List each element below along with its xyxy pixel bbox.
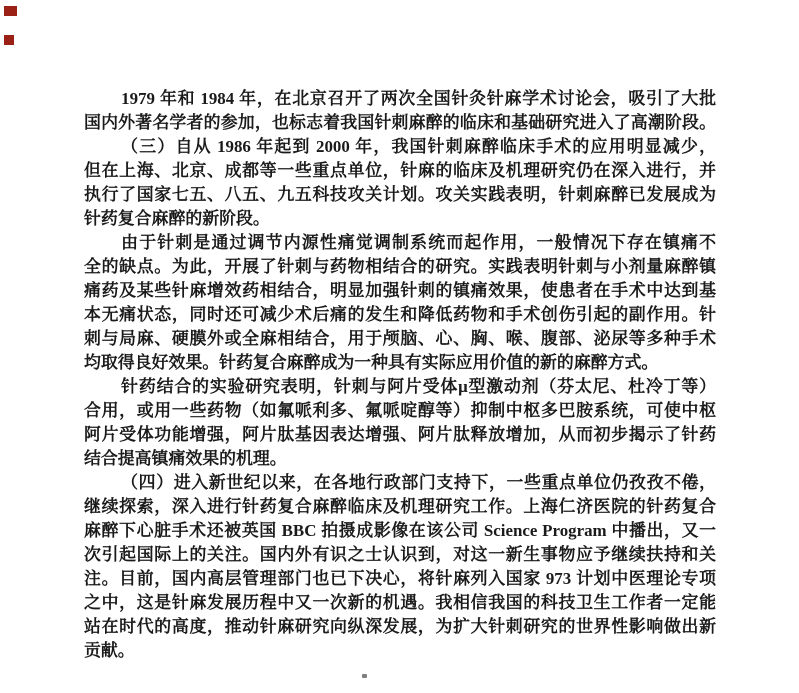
text-line: 由于针刺是通过调节内源性痛觉调制系统而起作用，一般情况下存在镇痛不 [84,231,716,255]
text-line: 合用，或用一些药物（如氟哌利多、氟哌啶醇等）抑制中枢多巴胺系统，可使中枢 [84,399,716,423]
text-line: （四）进入新世纪以来，在各地行政部门支持下，一些重点单位仍孜孜不倦， [84,471,716,495]
scan-speck-artifact [362,674,367,678]
text-line: 贡献。 [84,639,716,663]
red-stamp-mark-top [4,6,17,16]
text-line: 麻醉下心脏手术还被英国 BBC 拍摄成影像在该公司 Science Progra… [84,519,716,543]
text-line: 痛药及某些针麻增效药相结合，明显加强针刺的镇痛效果，使患者在手术中达到基 [84,279,716,303]
text-line: 全的缺点。为此，开展了针刺与药物相结合的研究。实践表明针刺与小剂量麻醉镇 [84,255,716,279]
paragraph-section-three: （三）自从 1986 年起到 2000 年，我国针刺麻醉临床手术的应用明显减少，… [84,135,716,231]
paragraph-section-four: （四）进入新世纪以来，在各地行政部门支持下，一些重点单位仍孜孜不倦， 继续探索，… [84,471,716,663]
text-line: 之中，这是针麻发展历程中又一次新的机遇。我相信我国的科技卫生工作者一定能 [84,591,716,615]
red-stamp-mark-bottom [4,35,14,45]
text-line: 阿片受体功能增强，阿片肽基因表达增强、阿片肽释放增加，从而初步揭示了针药 [84,423,716,447]
paragraph-experimental-research: 针药结合的实验研究表明，针刺与阿片受体μ型激动剂（芬太尼、杜冷丁等） 合用，或用… [84,375,716,471]
text-line: 针药复合麻醉的新阶段。 [84,207,716,231]
text-line: 1979 年和 1984 年，在北京召开了两次全国针灸针麻学术讨论会，吸引了大批 [84,87,716,111]
text-line: 站在时代的高度，推动针麻研究向纵深发展，为扩大针刺研究的世界性影响做出新 [84,615,716,639]
text-line: （三）自从 1986 年起到 2000 年，我国针刺麻醉临床手术的应用明显减少， [84,135,716,159]
text-line: 继续探索，深入进行针药复合麻醉临床及机理研究工作。上海仁济医院的针药复合 [84,495,716,519]
paragraph-intro-1979: 1979 年和 1984 年，在北京召开了两次全国针灸针麻学术讨论会，吸引了大批… [84,87,716,135]
text-line: 执行了国家七五、八五、九五科技攻关计划。攻关实践表明，针刺麻醉已发展成为 [84,183,716,207]
text-line: 均取得良好效果。针药复合麻醉成为一种具有实际应用价值的新的麻醉方式。 [84,351,716,375]
text-line: 国内外著名学者的参加，也标志着我国针刺麻醉的临床和基础研究进入了高潮阶段。 [84,111,716,135]
text-line: 针药结合的实验研究表明，针刺与阿片受体μ型激动剂（芬太尼、杜冷丁等） [84,375,716,399]
text-line: 注。目前，国内高层管理部门也已下决心，将针麻列入国家 973 计划中医理论专项 [84,567,716,591]
document-page: 1979 年和 1984 年，在北京召开了两次全国针灸针麻学术讨论会，吸引了大批… [0,0,799,693]
text-line: 但在上海、北京、成都等一些重点单位，针麻的临床及机理研究仍在深入进行，并 [84,159,716,183]
document-text-block: 1979 年和 1984 年，在北京召开了两次全国针灸针麻学术讨论会，吸引了大批… [84,87,716,663]
paragraph-acupuncture-drug-combination: 由于针刺是通过调节内源性痛觉调制系统而起作用，一般情况下存在镇痛不 全的缺点。为… [84,231,716,375]
text-line: 刺与局麻、硬膜外或全麻相结合，用于颅脑、心、胸、喉、腹部、泌尿等多种手术 [84,327,716,351]
text-line: 本无痛状态，同时还可减少术后痛的发生和降低药物和手术创伤引起的副作用。针 [84,303,716,327]
text-line: 结合提高镇痛效果的机理。 [84,447,716,471]
text-line: 次引起国际上的关注。国内外有识之士认识到，对这一新生事物应予继续扶持和关 [84,543,716,567]
